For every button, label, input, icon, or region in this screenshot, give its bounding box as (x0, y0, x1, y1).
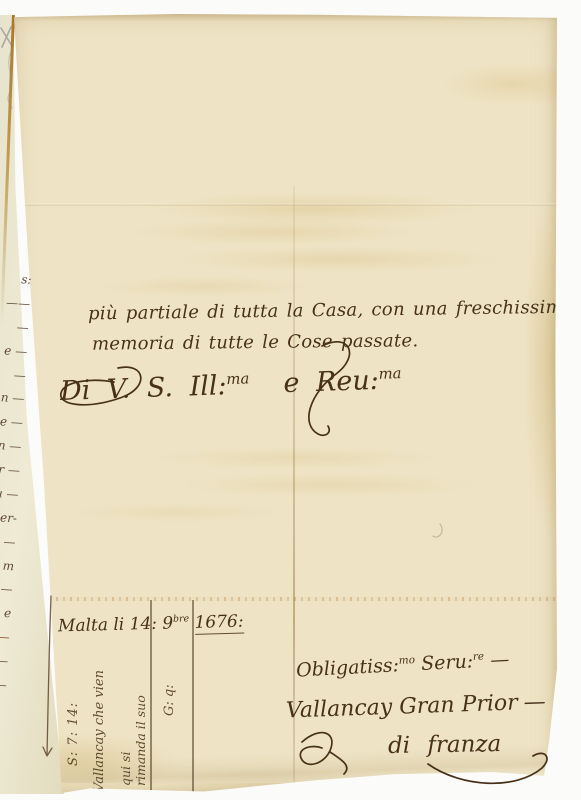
manuscript-sheet: più partiale di tutta la Casa, con una f… (14, 14, 557, 793)
horizontal-crease (14, 203, 557, 206)
archival-rule-left (150, 600, 152, 790)
signature-line-2: Vallancay Gran Prior— (286, 689, 546, 723)
signature-name: Vallancay Gran Prior (286, 690, 518, 723)
rotated-annotation-c-line2: rimanda il suo (133, 695, 148, 786)
margin-fragment: er- (0, 511, 17, 524)
rotated-annotation-c: qui si rimanda il suo (118, 695, 148, 786)
valediction-part2: e Reu: (249, 365, 379, 400)
margin-fragment: — (16, 321, 29, 334)
valediction-line: Di V. S. Ill:mae Reu:ma (60, 364, 403, 407)
rotated-annotation-b: Vallancay che vien (92, 670, 107, 792)
margin-fragment: — (13, 368, 26, 381)
valediction-superscript-1: ma (226, 369, 250, 388)
valediction-part1: Di V. S. Ill: (60, 370, 228, 407)
margin-fragment: — (0, 583, 13, 596)
margin-fragment: ce — (0, 415, 23, 429)
signature-obligatiss: Obligatiss: (296, 654, 400, 681)
dateline-year: 1676: (194, 612, 244, 635)
signature-line1-dash: — (484, 648, 510, 671)
rotated-annotation-c-line1: qui si (118, 695, 133, 786)
signature-line2-dash: — (517, 689, 546, 715)
valediction-superscript-2: ma (378, 364, 402, 383)
margin-fragment: n — (0, 392, 24, 405)
margin-fragment: s: (21, 273, 32, 286)
body-line-2: memoria di tutte le Cose passate. (92, 330, 419, 354)
margin-fragment: y — (0, 678, 7, 691)
signature-seru: Seru: (421, 650, 474, 675)
stained-fold-crease (14, 597, 557, 601)
body-line-1: più partiale di tutta la Casa, con una f… (88, 297, 574, 325)
margin-fragment: e (4, 607, 12, 619)
scanned-manuscript-page: { "document": { "background_color": "#fb… (0, 0, 581, 800)
margin-fragment: m (2, 559, 14, 572)
margin-fragment: er — (0, 463, 20, 477)
signature-line-1: Obligatiss:mo Seru:re— (296, 648, 510, 681)
rotated-annotation-a: S: 7: 14: (66, 702, 81, 766)
margin-fragment: 6 — (0, 630, 10, 643)
signature-line-3: di franza (388, 731, 502, 759)
margin-fragment: —— (6, 296, 31, 309)
margin-fragment: — (0, 654, 9, 667)
dateline-prefix: Malta li 14: 9 (58, 613, 174, 636)
dateline-superscript: bre (173, 613, 189, 624)
margin-fragment: u — (0, 487, 19, 500)
rotated-annotation-d: G: q: (162, 684, 177, 716)
signature-superscript-mo: mo (398, 654, 415, 667)
archival-rule-right (192, 600, 194, 796)
margin-fragment: y — (0, 535, 16, 548)
margin-fragment: n — (0, 439, 22, 452)
margin-fragment: e — (4, 344, 28, 357)
